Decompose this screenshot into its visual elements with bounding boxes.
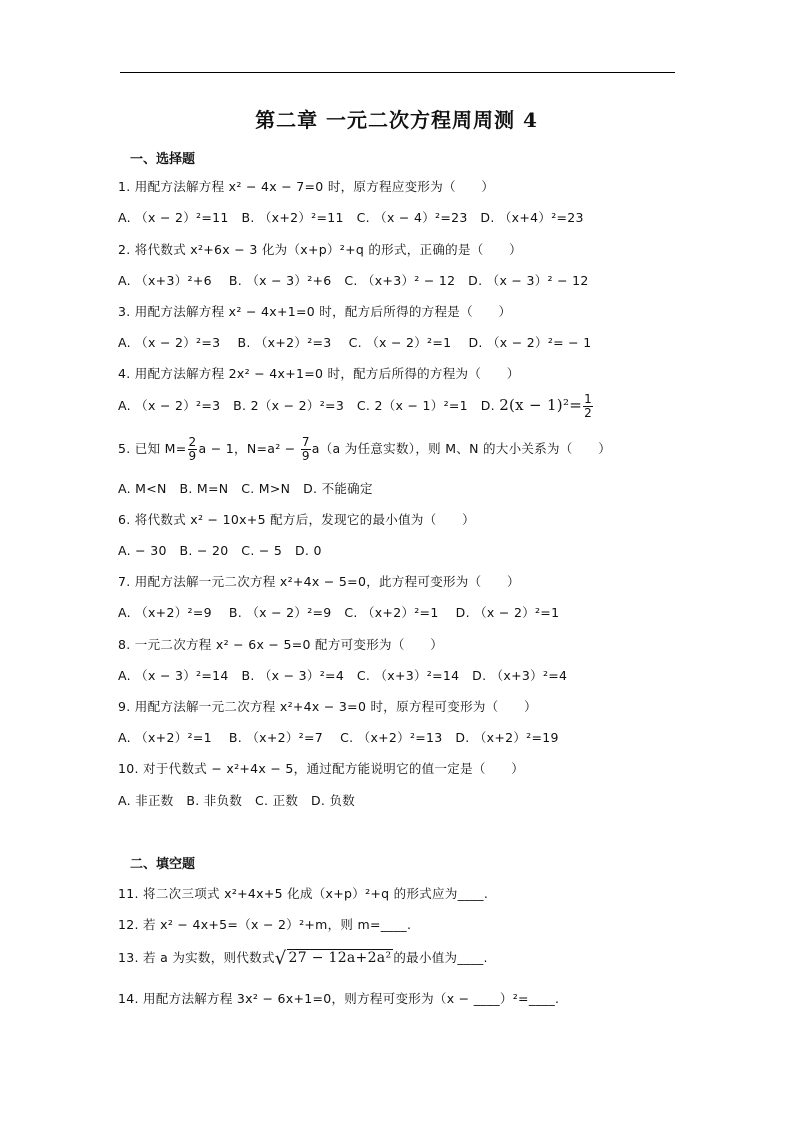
question-2-options: A. （x+3）²+6 B. （x − 3）²+6 C. （x+3）² − 12… <box>118 271 589 289</box>
question-7: 7. 用配方法解一元二次方程 x²+4x − 5=0，此方程可变形为（ ） <box>118 572 520 590</box>
question-14: 14. 用配方法解方程 3x² − 6x+1=0，则方程可变形为（x − ___… <box>118 989 559 1007</box>
question-4-options-text: A. （x − 2）²=3 B. 2（x − 2）²=3 C. 2（x − 1）… <box>118 398 499 413</box>
page-title: 第二章 一元二次方程周周测 4 <box>0 104 793 133</box>
question-10-options: A. 非正数 B. 非负数 C. 正数 D. 负数 <box>118 791 355 809</box>
radicand: 27 − 12a+2a² <box>287 949 394 966</box>
radical-sign: √ <box>275 948 287 969</box>
question-3-options: A. （x − 2）²=3 B. （x+2）²=3 C. （x − 2）²=1 … <box>118 333 591 351</box>
question-8-options: A. （x − 3）²=14 B. （x − 3）²=4 C. （x+3）²=1… <box>118 666 567 684</box>
header-rule <box>120 72 675 73</box>
question-8: 8. 一元二次方程 x² − 6x − 5=0 配方可变形为（ ） <box>118 635 443 653</box>
question-11: 11. 将二次三项式 x²+4x+5 化成（x+p）²+q 的形式应为____. <box>118 884 488 902</box>
fraction-seven-ninths: 79 <box>301 436 311 463</box>
fraction-half: 12 <box>583 393 593 420</box>
section-choice-heading: 一、选择题 <box>130 148 195 167</box>
fraction-two-ninths: 29 <box>188 436 198 463</box>
question-1-options: A. （x − 2）²=11 B. （x+2）²=11 C. （x − 4）²=… <box>118 208 584 226</box>
question-9: 9. 用配方法解一元二次方程 x²+4x − 3=0 时，原方程可变形为（ ） <box>118 697 537 715</box>
question-6-options: A. − 30 B. − 20 C. − 5 D. 0 <box>118 541 322 559</box>
question-9-options: A. （x+2）²=1 B. （x+2）²=7 C. （x+2）²=13 D. … <box>118 728 559 746</box>
question-5-options: A. M<N B. M=N C. M>N D. 不能确定 <box>118 479 373 497</box>
section-fill-heading: 二、填空题 <box>130 853 195 872</box>
question-1: 1. 用配方法解方程 x² − 4x − 7=0 时，原方程应变形为（ ） <box>118 177 494 195</box>
question-4-options: A. （x − 2）²=3 B. 2（x − 2）²=3 C. 2（x − 1）… <box>118 393 594 420</box>
question-2: 2. 将代数式 x²+6x − 3 化为（x+p）²+q 的形式，正确的是（ ） <box>118 240 522 258</box>
question-6: 6. 将代数式 x² − 10x+5 配方后，发现它的最小值为（ ） <box>118 510 475 528</box>
question-7-options: A. （x+2）²=9 B. （x − 2）²=9 C. （x+2）²=1 D.… <box>118 603 559 621</box>
question-10: 10. 对于代数式 − x²+4x − 5，通过配方能说明它的值一定是（ ） <box>118 759 524 777</box>
question-5: 5. 已知 M=29a − 1，N=a² − 79a（a 为任意实数），则 M、… <box>118 436 611 463</box>
question-13: 13. 若 a 为实数，则代数式√27 − 12a+2a²的最小值为____. <box>118 948 488 969</box>
question-4-option-d: 2(x − 1)²= <box>499 396 582 414</box>
question-12: 12. 若 x² − 4x+5=（x − 2）²+m，则 m=____. <box>118 915 411 933</box>
question-4: 4. 用配方法解方程 2x² − 4x+1=0 时，配方后所得的方程为（ ） <box>118 364 520 382</box>
question-3: 3. 用配方法解方程 x² − 4x+1=0 时，配方后所得的方程是（ ） <box>118 302 511 320</box>
